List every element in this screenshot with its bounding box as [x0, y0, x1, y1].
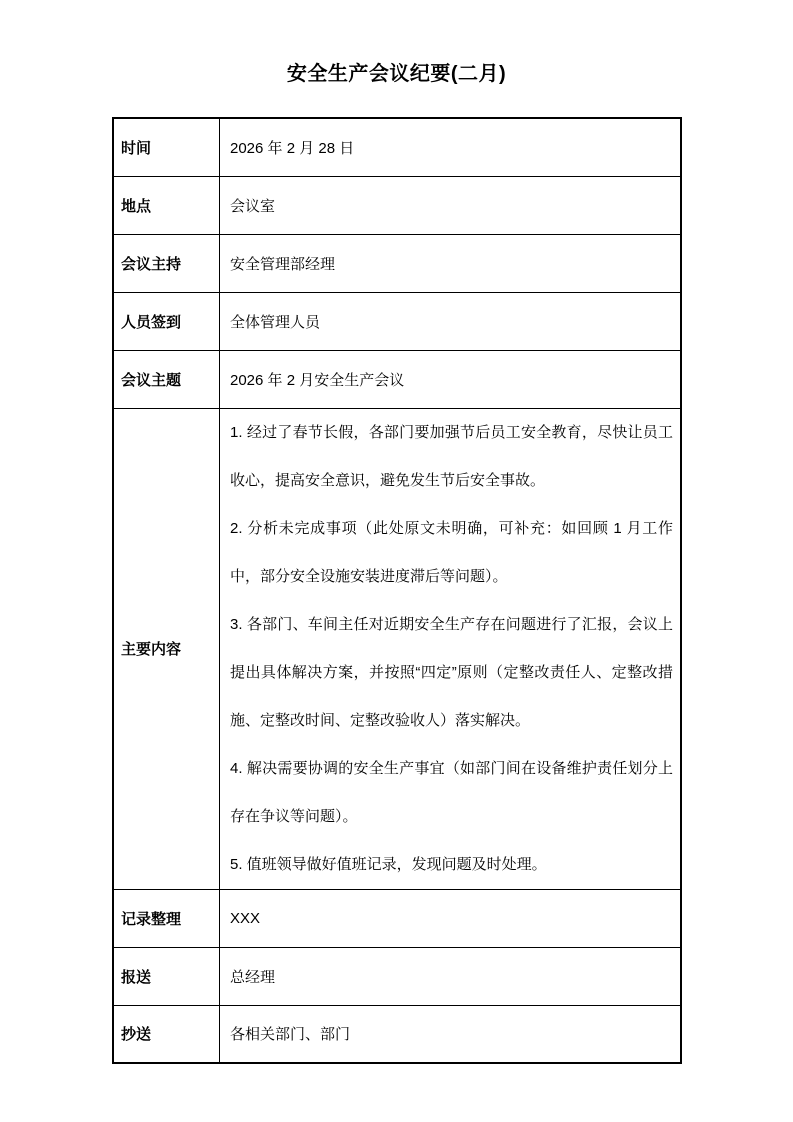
table-row-report-to: 报送 总经理 [113, 947, 681, 1005]
table-row-topic: 会议主题 2026 年 2 月安全生产会议 [113, 350, 681, 408]
row-label-recorder: 记录整理 [113, 889, 220, 947]
row-value-topic: 2026 年 2 月安全生产会议 [220, 350, 682, 408]
table-row-main-content: 主要内容 1. 经过了春节长假，各部门要加强节后员工安全教育，尽快让员工收心，提… [113, 408, 681, 889]
table-row-attendees: 人员签到 全体管理人员 [113, 292, 681, 350]
row-value-copy-to: 各相关部门、部门 [220, 1005, 682, 1063]
table-row-copy-to: 抄送 各相关部门、部门 [113, 1005, 681, 1063]
table-row-time: 时间 2026 年 2 月 28 日 [113, 118, 681, 176]
row-label-location: 地点 [113, 176, 220, 234]
row-label-copy-to: 抄送 [113, 1005, 220, 1063]
row-label-report-to: 报送 [113, 947, 220, 1005]
content-item-3: 3. 各部门、车间主任对近期安全生产存在问题进行了汇报，会议上提出具体解决方案，… [230, 601, 673, 745]
table-row-host: 会议主持 安全管理部经理 [113, 234, 681, 292]
row-value-attendees: 全体管理人员 [220, 292, 682, 350]
row-value-main-content: 1. 经过了春节长假，各部门要加强节后员工安全教育，尽快让员工收心，提高安全意识… [220, 408, 682, 889]
row-label-topic: 会议主题 [113, 350, 220, 408]
row-label-main-content: 主要内容 [113, 408, 220, 889]
row-value-location: 会议室 [220, 176, 682, 234]
content-item-2: 2. 分析未完成事项（此处原文未明确，可补充：如回顾 1 月工作中，部分安全设施… [230, 505, 673, 601]
row-value-recorder: XXX [220, 889, 682, 947]
content-item-1: 1. 经过了春节长假，各部门要加强节后员工安全教育，尽快让员工收心，提高安全意识… [230, 409, 673, 505]
row-value-report-to: 总经理 [220, 947, 682, 1005]
row-label-time: 时间 [113, 118, 220, 176]
row-value-time: 2026 年 2 月 28 日 [220, 118, 682, 176]
document-title: 安全生产会议纪要(二月) [0, 0, 793, 87]
row-label-host: 会议主持 [113, 234, 220, 292]
meeting-minutes-table: 时间 2026 年 2 月 28 日 地点 会议室 会议主持 安全管理部经理 人… [112, 117, 682, 1064]
table-body: 时间 2026 年 2 月 28 日 地点 会议室 会议主持 安全管理部经理 人… [113, 118, 681, 1063]
content-item-4: 4. 解决需要协调的安全生产事宜（如部门间在设备维护责任划分上存在争议等问题）。 [230, 745, 673, 841]
row-value-host: 安全管理部经理 [220, 234, 682, 292]
row-label-attendees: 人员签到 [113, 292, 220, 350]
content-item-5: 5. 值班领导做好值班记录，发现问题及时处理。 [230, 841, 673, 889]
table-row-recorder: 记录整理 XXX [113, 889, 681, 947]
document-page: 安全生产会议纪要(二月) 时间 2026 年 2 月 28 日 地点 会议室 会… [0, 0, 793, 1122]
table-row-location: 地点 会议室 [113, 176, 681, 234]
